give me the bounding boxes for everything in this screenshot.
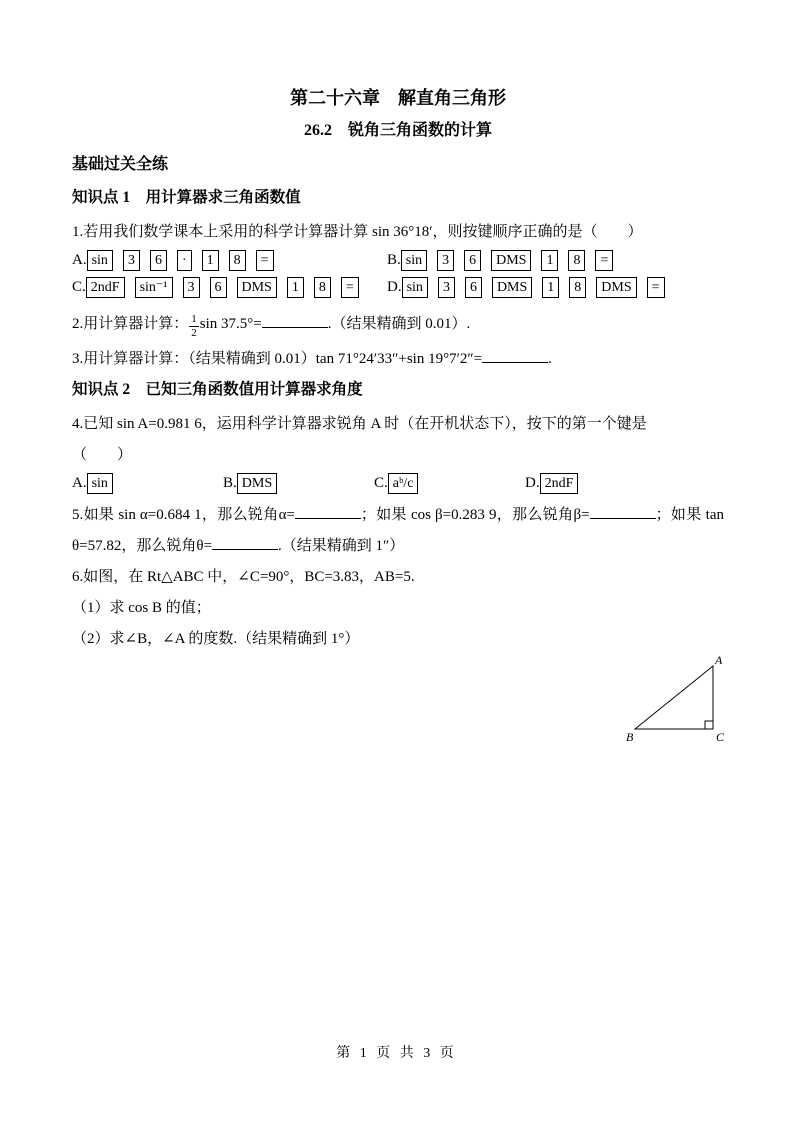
fraction-numerator: 1	[189, 313, 199, 327]
calc-key-8: 8	[314, 277, 331, 298]
question-5: 5.如果 sin α=0.684 1，那么锐角α=；如果 cos β=0.283…	[72, 500, 724, 562]
calc-key-1: 1	[541, 250, 558, 271]
calc-key-equals: =	[341, 277, 359, 298]
option-label: C.	[374, 475, 388, 492]
calc-key-1: 1	[542, 277, 559, 298]
option-label: A.	[72, 252, 87, 269]
calc-key-dms: DMS	[491, 250, 531, 271]
calc-key-1: 1	[202, 250, 219, 271]
question-2-suffix: .（结果精确到 0.01）.	[328, 316, 471, 332]
calc-key-6: 6	[465, 277, 482, 298]
vertex-label-c: C	[716, 730, 725, 744]
triangle-abc-drawing: A B C	[624, 650, 728, 744]
option-label: D.	[387, 279, 402, 296]
question-3-text: 3.用计算器计算：（结果精确到 0.01）tan 71°24′33″+sin 1…	[72, 351, 482, 367]
calc-key-3: 3	[183, 277, 200, 298]
calc-key-2ndf: 2ndF	[86, 277, 125, 298]
calc-key-3: 3	[123, 250, 140, 271]
knowledge-point-2-heading: 知识点 2 已知三角函数值用计算器求角度	[72, 379, 724, 400]
option-label: A.	[72, 475, 87, 492]
question-4-options-row: A. sin B. DMS C. aᵇ/c D. 2ndF	[72, 473, 724, 494]
practice-heading: 基础过关全练	[72, 154, 724, 176]
answer-blank	[590, 504, 656, 519]
calc-key-arcsin: sin⁻¹	[135, 277, 173, 298]
question-1-options-row-1: A. sin 3 6 · 1 8 = B. sin 3 6 DMS 1 8 =	[72, 250, 724, 271]
calc-key-6: 6	[210, 277, 227, 298]
knowledge-point-1-heading: 知识点 1 用计算器求三角函数值	[72, 187, 724, 208]
question-4-answer-paren: （ ）	[72, 440, 724, 471]
calc-key-3: 3	[438, 277, 455, 298]
calc-key-sin: sin	[87, 473, 113, 494]
option-label: B.	[387, 252, 401, 269]
question-1-option-b: B. sin 3 6 DMS 1 8 =	[387, 250, 613, 271]
calc-key-dms: DMS	[492, 277, 532, 298]
option-label: B.	[223, 475, 237, 492]
answer-blank	[212, 535, 278, 550]
right-triangle-figure: A B C	[624, 650, 728, 749]
calc-key-1: 1	[287, 277, 304, 298]
question-1-options-row-2: C. 2ndF sin⁻¹ 3 6 DMS 1 8 = D. sin 3 6 D…	[72, 277, 724, 298]
option-label: D.	[525, 475, 540, 492]
vertex-label-a: A	[714, 653, 723, 667]
question-3: 3.用计算器计算：（结果精确到 0.01）tan 71°24′33″+sin 1…	[72, 344, 724, 375]
question-4-option-d: D. 2ndF	[525, 473, 676, 494]
calc-key-8: 8	[569, 277, 586, 298]
answer-blank	[295, 504, 361, 519]
chapter-title: 第二十六章 解直角三角形	[72, 86, 724, 110]
calc-key-dms: DMS	[237, 277, 277, 298]
triangle-outline	[635, 666, 713, 729]
calc-key-sin: sin	[401, 250, 427, 271]
question-4-stem: 4.已知 sin A=0.981 6，运用科学计算器求锐角 A 时（在开机状态下…	[72, 416, 647, 432]
answer-blank	[482, 348, 548, 363]
question-1-stem: 1.若用我们数学课本上采用的科学计算器计算 sin 36°18′，则按键顺序正确…	[72, 217, 724, 248]
answer-blank	[262, 313, 328, 328]
question-2-expression: sin 37.5°=	[200, 316, 262, 332]
question-1-option-a: A. sin 3 6 · 1 8 =	[72, 250, 387, 271]
question-4: 4.已知 sin A=0.981 6，运用科学计算器求锐角 A 时（在开机状态下…	[72, 409, 724, 471]
question-3-suffix: .	[548, 351, 552, 367]
calc-key-sin: sin	[402, 277, 428, 298]
question-4-option-c: C. aᵇ/c	[374, 473, 525, 494]
question-5-segment: ；如果 cos β=0.283 9，那么锐角β=	[361, 507, 590, 523]
page-footer: 第 1 页 共 3 页	[0, 1042, 793, 1062]
calc-key-dms: DMS	[596, 277, 636, 298]
calc-key-equals: =	[595, 250, 613, 271]
question-4-option-b: B. DMS	[223, 473, 374, 494]
question-1-option-c: C. 2ndF sin⁻¹ 3 6 DMS 1 8 =	[72, 277, 387, 298]
question-5-segment: 5.如果 sin α=0.684 1，那么锐角α=	[72, 507, 295, 523]
calc-key-equals: =	[647, 277, 665, 298]
calc-key-6: 6	[464, 250, 481, 271]
question-4-option-a: A. sin	[72, 473, 223, 494]
calc-key-dms: DMS	[237, 473, 277, 494]
section-title: 26.2 锐角三角函数的计算	[72, 120, 724, 142]
question-2: 2.用计算器计算：12sin 37.5°=.（结果精确到 0.01）.	[72, 304, 724, 344]
question-1-option-d: D. sin 3 6 DMS 1 8 DMS =	[387, 277, 665, 298]
calc-key-dot: ·	[177, 250, 192, 271]
question-5-segment: .（结果精确到 1″）	[278, 538, 404, 554]
calc-key-2ndf: 2ndF	[540, 473, 579, 494]
question-6-part-1: （1）求 cos B 的值；	[72, 593, 724, 624]
worksheet-content: 第二十六章 解直角三角形 26.2 锐角三角函数的计算 基础过关全练 知识点 1…	[72, 86, 724, 655]
fraction-one-half: 12	[189, 313, 199, 340]
calc-key-8: 8	[568, 250, 585, 271]
right-angle-mark	[705, 721, 713, 729]
option-label: C.	[72, 279, 86, 296]
calc-key-abc-fraction: aᵇ/c	[388, 473, 419, 494]
calc-key-sin: sin	[87, 250, 113, 271]
question-2-prefix: 2.用计算器计算：	[72, 316, 188, 332]
calc-key-8: 8	[229, 250, 246, 271]
calc-key-equals: =	[256, 250, 274, 271]
question-6-stem: 6.如图，在 Rt△ABC 中，∠C=90°，BC=3.83，AB=5.	[72, 562, 724, 593]
calc-key-6: 6	[150, 250, 167, 271]
calc-key-3: 3	[437, 250, 454, 271]
vertex-label-b: B	[626, 730, 634, 744]
fraction-denominator: 2	[189, 327, 199, 340]
